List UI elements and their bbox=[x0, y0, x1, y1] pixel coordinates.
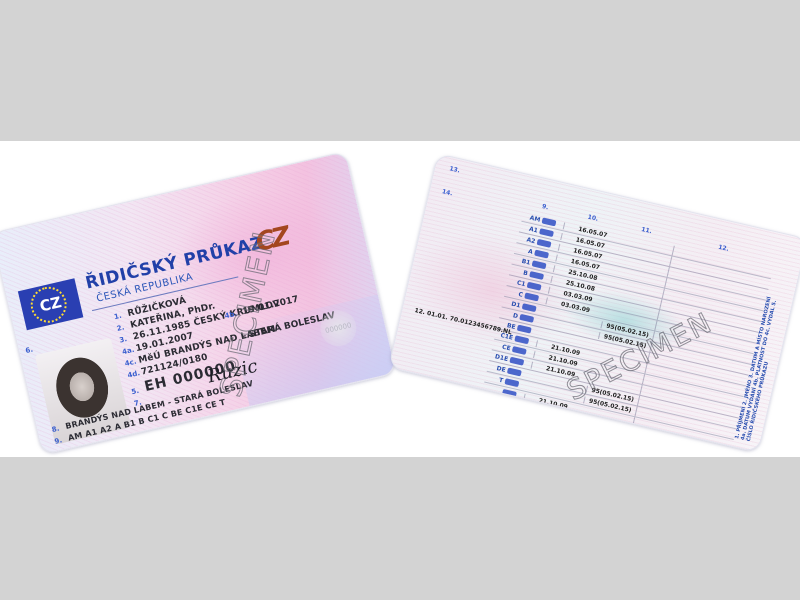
category-vehicle-icon bbox=[502, 389, 525, 400]
category-code bbox=[483, 387, 502, 391]
eu-flag-icon: CZ bbox=[18, 278, 84, 330]
license-front-card: CZ ŘIDIČSKÝ PRŮKAZ ČESKÁ REPUBLIKA CZ 6.… bbox=[0, 151, 397, 455]
image-stage: CZ ŘIDIČSKÝ PRŮKAZ ČESKÁ REPUBLIKA CZ 6.… bbox=[0, 141, 800, 457]
field-14-label: 14. bbox=[441, 188, 453, 197]
field-13-label: 13. bbox=[449, 165, 461, 174]
license-back-card: 13. 14. 9. 10. 11. 12. AM16.05.07A116.05… bbox=[388, 153, 800, 453]
photo-field-label: 6. bbox=[25, 346, 34, 355]
categories-table: 9. 10. 11. 12. AM16.05.07A116.05.07A216.… bbox=[482, 199, 776, 450]
